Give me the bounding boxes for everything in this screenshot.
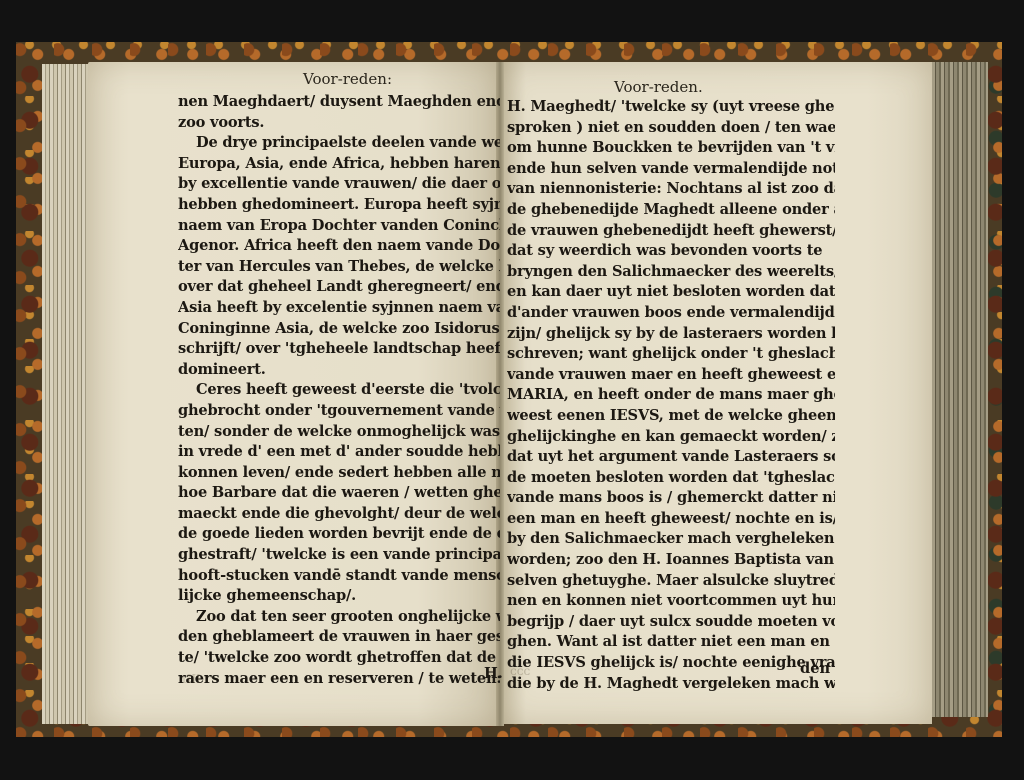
text-line: hoe Barbare dat die waeren / wetten ghe-	[178, 483, 500, 504]
text-line: vande vrauwen maer en heeft gheweest een	[507, 365, 835, 386]
text-line: ghelijckinghe en kan gemaeckt worden/ zo…	[507, 427, 835, 448]
text-line: hebben ghedomineert. Europa heeft syjnen	[178, 195, 500, 216]
text-line: te/ 'twelcke zoo wordt ghetroffen dat de…	[178, 648, 500, 669]
text-line: schrijft/ over 'tgheheele landtschap hee…	[178, 339, 500, 360]
text-line: van niennonisterie: Nochtans al ist zoo …	[507, 179, 835, 200]
left-show-through: ιIII	[182, 672, 201, 686]
text-line: zoo voorts.	[178, 113, 500, 134]
right-show-through: ᴄᴄᴄ	[510, 664, 530, 678]
text-line: een man en heeft gheweest/ nochte en is/…	[507, 509, 835, 530]
text-line: zijn/ ghelijck sy by de lasteraers worde…	[507, 324, 835, 345]
text-line: raers maer een en reserveren / te weten:…	[178, 669, 500, 690]
text-line: Asia heeft by excelentie syjnnen naem va…	[178, 298, 500, 319]
text-line: ter van Hercules van Thebes, de welcke h…	[178, 257, 500, 278]
text-line: H. Maeghedt/ 'twelcke sy (uyt vreese ghe…	[507, 97, 835, 118]
text-line: bryngen den Salichmaecker des weerelts/	[507, 262, 835, 283]
text-line: weest eenen IESVS, met de welcke gheen v…	[507, 406, 835, 427]
text-line: lijcke ghemeenschap/.	[178, 586, 500, 607]
text-line: de goede lieden worden bevrijt ende de q…	[178, 524, 500, 545]
text-line: Ceres heeft geweest d'eerste die 'tvolck…	[178, 380, 500, 401]
text-line: sproken ) niet en soudden doen / ten wae…	[507, 118, 835, 139]
text-line: dat uyt het argument vande Lasteraers so…	[507, 447, 835, 468]
text-line: De drye principaelste deelen vande weere…	[178, 133, 500, 154]
text-line: ghebrocht onder 'tgouvernement vande wet…	[178, 401, 500, 422]
text-line: maeckt ende die ghevolght/ deur de welck…	[178, 504, 500, 525]
text-line: ghen. Want al ist datter niet een man en…	[507, 632, 835, 653]
page-edges-right	[930, 62, 988, 717]
text-line: schreven; want ghelijck onder 't gheslac…	[507, 344, 835, 365]
text-line: die by de H. Maghedt vergeleken mach wor…	[507, 674, 835, 695]
text-line: den gheblameert de vrauwen in haer gesla…	[178, 627, 500, 648]
text-line: vande mans boos is / ghemerckt datter ni…	[507, 488, 835, 509]
page-edges-left	[42, 64, 88, 724]
text-line: in vrede d' een met d' ander soudde hebb…	[178, 442, 500, 463]
text-line: Agenor. Africa heeft den naem vande Doch…	[178, 236, 500, 257]
text-line: ghestraft/ 'twelcke is een vande princip…	[178, 545, 500, 566]
text-line: naem van Eropa Dochter vanden Coninck	[178, 216, 500, 237]
text-line: de vrauwen ghebenedijdt heeft ghewerst/ …	[507, 221, 835, 242]
text-line: om hunne Bouckken te bevrijden van 't vi…	[507, 138, 835, 159]
text-line: die IESVS ghelijck is/ nochte eenighe vr…	[507, 653, 835, 674]
text-line: Europa, Asia, ende Africa, hebben haren …	[178, 154, 500, 175]
text-line: ten/ sonder de welcke onmoghelijck was d…	[178, 422, 500, 443]
left-running-head: Voor-reden:	[303, 70, 392, 88]
right-running-head: Voor-reden.	[614, 78, 703, 96]
text-line: de moeten besloten worden dat 'tgheslach…	[507, 468, 835, 489]
text-line: d'ander vrauwen boos ende vermalendijdt	[507, 303, 835, 324]
text-line: konnen leven/ ende sedert hebben alle na…	[178, 463, 500, 484]
text-line: by den Salichmaecker mach vergheleken	[507, 529, 835, 550]
text-line: nen Maeghdaert/ duysent Maeghden ende	[178, 92, 500, 113]
text-line: en kan daer uyt niet besloten worden dat…	[507, 282, 835, 303]
text-line: Zoo dat ten seer grooten onghelijcke wor…	[178, 607, 500, 628]
right-page-text: H. Maeghedt/ 'twelcke sy (uyt vreese ghe…	[507, 97, 835, 694]
text-line: ende hun selven vande vermalendijde note	[507, 159, 835, 180]
text-line: worden; zoo den H. Ioannes Baptista van …	[507, 550, 835, 571]
text-line: dat sy weerdich was bevonden voorts te	[507, 241, 835, 262]
text-line: MARIA, en heeft onder de mans maer ghe-	[507, 385, 835, 406]
text-line: domineert.	[178, 360, 500, 381]
text-line: selven ghetuyghe. Maer alsulcke sluytred…	[507, 571, 835, 592]
left-catchword: H.	[484, 665, 503, 682]
left-page-text: nen Maeghdaert/ duysent Maeghden endezoo…	[178, 92, 500, 689]
text-line: Coninginne Asia, de welcke zoo Isidorus …	[178, 319, 500, 340]
text-line: de ghebenedijde Maghedt alleene onder al…	[507, 200, 835, 221]
right-catchword: den	[800, 660, 830, 677]
text-line: by excellentie vande vrauwen/ die daer o…	[178, 174, 500, 195]
text-line: nen en konnen niet voortcommen uyt hun	[507, 591, 835, 612]
text-line: begrijp / daer uyt sulcx soudde moeten v…	[507, 612, 835, 633]
text-line: over dat gheheel Landt gheregneert/ ende	[178, 277, 500, 298]
text-line: hooft-stucken vandē standt vande mensche…	[178, 566, 500, 587]
